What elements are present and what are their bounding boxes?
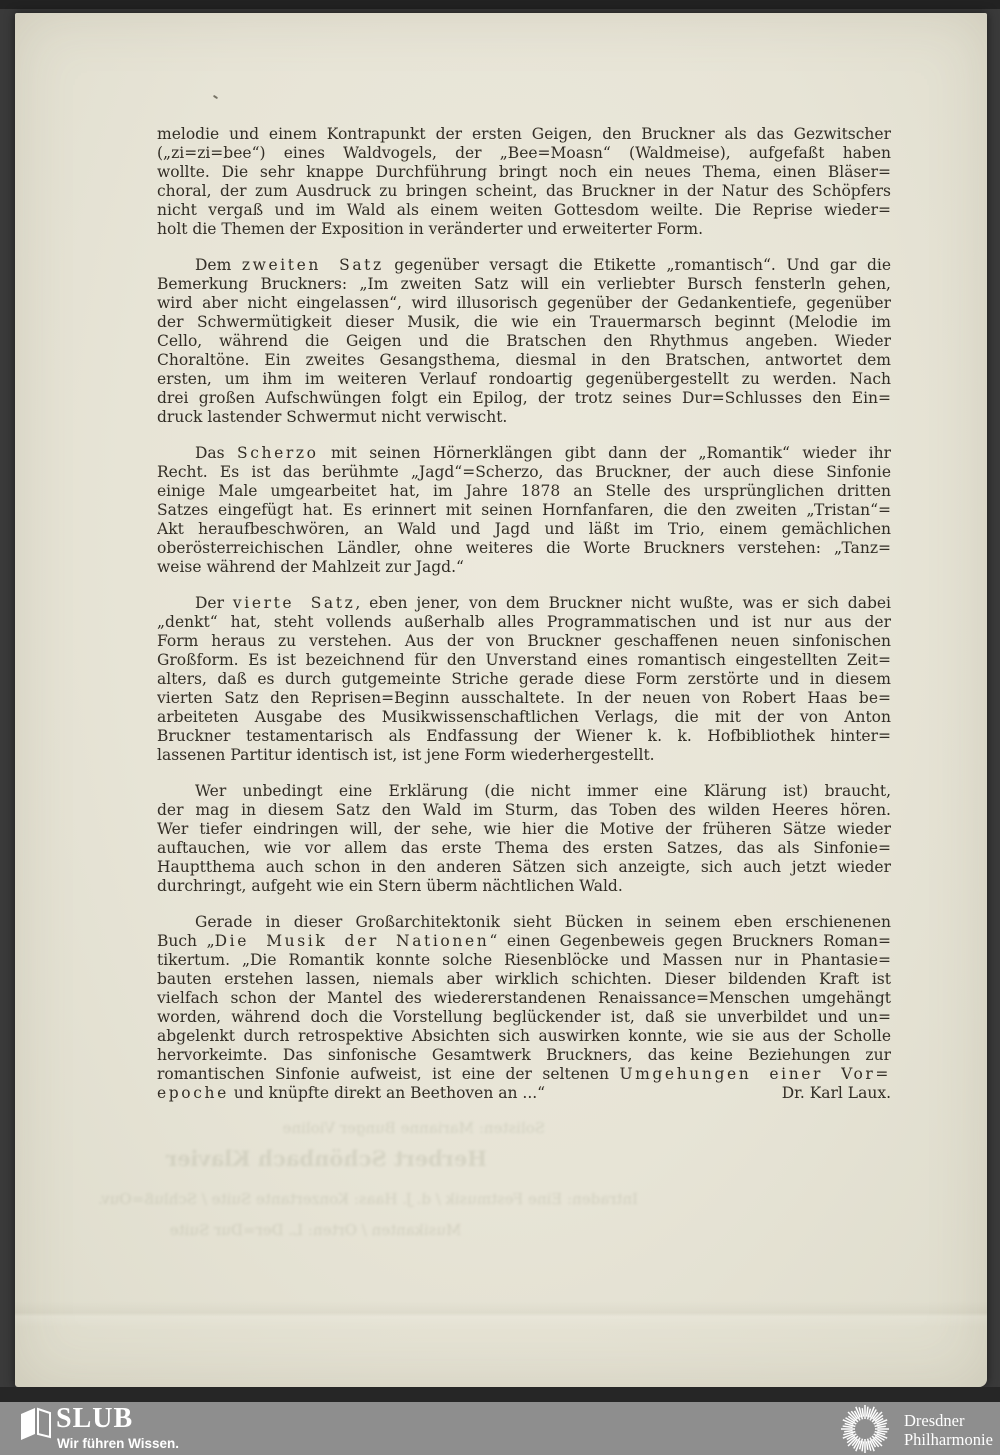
text-line: Großform. Es ist bezeichnend für den Unv… (157, 651, 891, 670)
slub-book-icon (20, 1407, 52, 1441)
text-line: Der vierte Satz, eben jener, von dem Bru… (157, 594, 891, 613)
text-line: holt die Themen der Exposition in veränd… (157, 220, 891, 239)
text-line-content: Der vierte Satz, eben jener, von dem Bru… (195, 594, 891, 612)
letterspaced-emphasis: epoche (157, 1084, 229, 1102)
text-line: („zi=zi=bee“) eines Waldvogels, der „Bee… (157, 144, 891, 163)
paragraph: Dem zweiten Satz gegenüber versagt die E… (157, 256, 891, 427)
text-line: vierten Satz den Reprisen=Beginn ausscha… (157, 689, 891, 708)
viewer-footer: SLUB Wir führen Wissen. Dresdner Philhar… (0, 1402, 1000, 1455)
ghost-line: Herbert Schönbach Klavier (327, 1146, 487, 1171)
letterspaced-emphasis: Scherzo (237, 444, 319, 462)
text-line: druck lastender Schwermut nicht verwisch… (157, 408, 891, 427)
text-line: oberösterreichischen Ländler, ohne weite… (157, 539, 891, 558)
text-line: Choraltöne. Ein zweites Gesangsthema, di… (157, 351, 891, 370)
paper-speck (213, 95, 218, 100)
text-line: durchringt, aufgeht wie ein Stern überm … (157, 877, 891, 896)
text-line: der mag in diesem Satz den Wald im Sturm… (157, 801, 891, 820)
text-line: lassenen Partitur identisch ist, ist jen… (157, 746, 891, 765)
text-line: Wer unbedingt eine Erklärung (die nicht … (157, 782, 891, 801)
text-line: alters, daß es durch gutgemeinte Striche… (157, 670, 891, 689)
text-line: der Schwermütigkeit dieser Musik, die wi… (157, 313, 891, 332)
text-line: einige Male umgearbeitet hat, im Jahre 1… (157, 482, 891, 501)
philharmonie-wordmark: Dresdner Philharmonie (904, 1411, 993, 1449)
text-line-content: Das Scherzo mit seinen Hörnerklängen gib… (195, 444, 891, 462)
ghost-line: Intraden: Eine Festmusik / d. J. Haas: K… (163, 1190, 638, 1208)
text-line: drei großen Aufschwüngen folgt ein Epilo… (157, 389, 891, 408)
text-line-content: Buch „Die Musik der Nationen“ einen Gege… (157, 932, 891, 950)
text-line: Buch „Die Musik der Nationen“ einen Gege… (157, 932, 891, 951)
text-line: Bemerkung Bruckners: „Im zweiten Satz wi… (157, 275, 891, 294)
footer-shadow-band (0, 1387, 1000, 1402)
letterspaced-emphasis: zweiten Satz (242, 256, 384, 274)
text-line: worden, während doch die Vorstellung beg… (157, 1008, 891, 1027)
text-line-content: romantischen Sinfonie aufweist, ist eine… (157, 1065, 891, 1083)
text-line: nicht vergaß und im Wald als einem weite… (157, 201, 891, 220)
viewer-screenshot: { "colors": { "viewer_background": "#3a3… (0, 0, 1000, 1455)
philharmonie-line1: Dresdner (904, 1411, 993, 1430)
paragraph: Gerade in dieser Großarchitektonik sieht… (157, 913, 891, 1103)
text-block: melodie und einem Kontrapunkt der ersten… (157, 125, 891, 1120)
ghost-line: Solisten: Marianne Bunger Violine (360, 1119, 545, 1137)
paragraph: melodie und einem Kontrapunkt der ersten… (157, 125, 891, 239)
text-line: Wer tiefer eindringen will, der sehe, wi… (157, 820, 891, 839)
text-line: Akt heraufbeschwören, an Wald und Jagd u… (157, 520, 891, 539)
letterspaced-emphasis: Die Musik der Nationen (215, 932, 490, 950)
paragraph: Der vierte Satz, eben jener, von dem Bru… (157, 594, 891, 765)
text-line: „denkt“ hat, steht vollends außerhalb al… (157, 613, 891, 632)
scanned-page: melodie und einem Kontrapunkt der ersten… (15, 13, 987, 1387)
slub-wordmark: SLUB (56, 1405, 133, 1433)
paragraph: Wer unbedingt eine Erklärung (die nicht … (157, 782, 891, 896)
text-line-content: epoche und knüpfte direkt an Beethoven a… (157, 1084, 545, 1103)
text-line: Form heraus zu verstehen. Aus der von Br… (157, 632, 891, 651)
starburst-icon (838, 1403, 892, 1455)
text-line: ersten, um ihm im weiteren Verlauf rondo… (157, 370, 891, 389)
slub-tagline: Wir führen Wissen. (57, 1436, 179, 1451)
text-line: Hauptthema auch schon in den anderen Sät… (157, 858, 891, 877)
slub-logo-link[interactable]: SLUB Wir führen Wissen. (20, 1405, 320, 1455)
text-line: Bruckner testamentarisch als Endfassung … (157, 727, 891, 746)
text-line: tikertum. „Die Romantik konnte solche Ri… (157, 951, 891, 970)
text-line: wollte. Die sehr knappe Durchführung bri… (157, 163, 891, 182)
text-line: auftauchen, wie vor allem das erste Them… (157, 839, 891, 858)
text-line: weise während der Mahlzeit zur Jagd.“ (157, 558, 891, 577)
paragraph: Das Scherzo mit seinen Hörnerklängen gib… (157, 444, 891, 577)
letterspaced-emphasis: vierte Satz (233, 594, 355, 612)
ghost-line: Musikanten / Orten: L. Der=Dur Suite (163, 1221, 468, 1239)
philharmonie-logo-link[interactable]: Dresdner Philharmonie (838, 1402, 998, 1455)
text-line: hervorkeimte. Das sinfonische Gesamtwerk… (157, 1046, 891, 1065)
text-line-content: Dem zweiten Satz gegenüber versagt die E… (195, 256, 891, 274)
text-line: romantischen Sinfonie aufweist, ist eine… (157, 1065, 891, 1084)
text-line: epoche und knüpfte direkt an Beethoven a… (157, 1084, 891, 1103)
author-signature: Dr. Karl Laux. (782, 1084, 891, 1103)
text-line: choral, der zum Ausdruck zu bringen sche… (157, 182, 891, 201)
text-line: Cello, während die Geigen und die Bratsc… (157, 332, 891, 351)
text-line: arbeiteten Ausgabe des Musikwissenschaft… (157, 708, 891, 727)
letterspaced-emphasis: Umgehungen einer Vor= (619, 1065, 891, 1083)
text-line: vielfach schon der Mantel des wiedererst… (157, 989, 891, 1008)
text-line: abgelenkt durch retrospektive Absichten … (157, 1027, 891, 1046)
paper-crease (15, 1301, 987, 1327)
text-line: bauten erstehen lassen, niemals aber wir… (157, 970, 891, 989)
text-line: Gerade in dieser Großarchitektonik sieht… (157, 913, 891, 932)
scan-top-shadow (0, 0, 1000, 9)
text-line: Dem zweiten Satz gegenüber versagt die E… (157, 256, 891, 275)
text-line: melodie und einem Kontrapunkt der ersten… (157, 125, 891, 144)
text-line: Recht. Es ist das berühmte „Jagd“=Scherz… (157, 463, 891, 482)
text-line: Das Scherzo mit seinen Hörnerklängen gib… (157, 444, 891, 463)
philharmonie-line2: Philharmonie (904, 1430, 993, 1449)
text-line: wird aber nicht eingelassen“, wird illus… (157, 294, 891, 313)
text-line: Satzes eingefügt hat. Es erinnert mit se… (157, 501, 891, 520)
